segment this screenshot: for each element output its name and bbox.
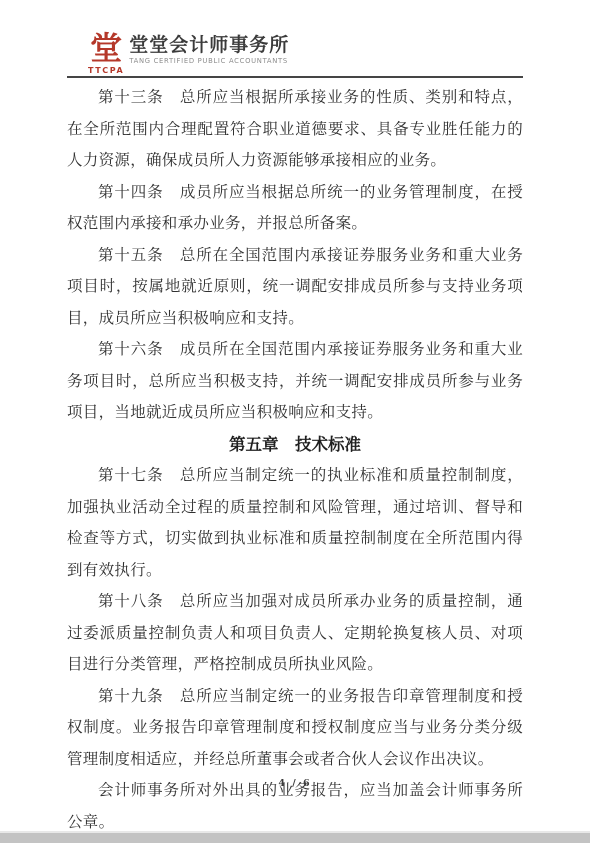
document-page: 堂 TTCPA 堂堂会计师事务所 TANG CERTIFIED PUBLIC A… — [0, 0, 590, 843]
company-name-english: TANG CERTIFIED PUBLIC ACCOUNTANTS — [129, 57, 289, 65]
company-seal-icon: 堂 TTCPA — [88, 31, 124, 75]
page-bottom-edge — [0, 833, 590, 843]
paragraph-article-18: 第十八条 总所应当加强对成员所承办业务的质量控制，通过委派质量控制负责人和项目负… — [67, 586, 523, 681]
document-body: 第十三条 总所应当根据所承接业务的性质、类别和特点，在全所范围内合理配置符合职业… — [67, 82, 523, 838]
paragraph-article-15: 第十五条 总所在全国范围内承接证券服务业务和重大业务项目时，按属地就近原则，统一… — [67, 240, 523, 335]
chapter-heading: 第五章 技术标准 — [67, 429, 523, 461]
paragraph-article-13: 第十三条 总所应当根据所承接业务的性质、类别和特点，在全所范围内合理配置符合职业… — [67, 82, 523, 177]
paragraph-article-17: 第十七条 总所应当制定统一的执业标准和质量控制制度，加强执业活动全过程的质量控制… — [67, 460, 523, 586]
paragraph-article-19: 第十九条 总所应当制定统一的业务报告印章管理制度和授权制度。业务报告印章管理制度… — [67, 681, 523, 776]
seal-character: 堂 — [89, 31, 123, 65]
seal-caption: TTCPA — [88, 66, 124, 75]
company-name-chinese: 堂堂会计师事务所 — [129, 34, 289, 56]
company-titles: 堂堂会计师事务所 TANG CERTIFIED PUBLIC ACCOUNTAN… — [129, 34, 289, 65]
header-divider — [67, 76, 523, 78]
page-number: 4 / 6 — [0, 778, 590, 789]
paragraph-article-16: 第十六条 成员所在全国范围内承接证券服务业务和重大业务项目时，总所应当积极支持，… — [67, 334, 523, 429]
letterhead: 堂 TTCPA 堂堂会计师事务所 TANG CERTIFIED PUBLIC A… — [88, 31, 289, 75]
paragraph-article-14: 第十四条 成员所应当根据总所统一的业务管理制度，在授权范围内承接和承办业务，并报… — [67, 177, 523, 240]
